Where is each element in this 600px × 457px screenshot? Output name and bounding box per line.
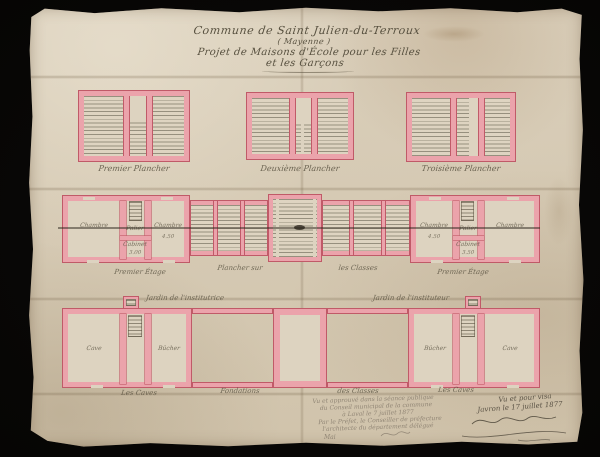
stairwell-opening	[130, 96, 146, 122]
room-label-bucher: Bûcher	[158, 345, 181, 352]
window-opening	[83, 197, 95, 200]
interior-wall	[453, 236, 484, 240]
window-opening	[163, 260, 175, 263]
staircase	[461, 315, 475, 337]
room-label-cave: Cave	[86, 345, 102, 352]
fold-line	[28, 75, 584, 79]
center-pavilion-foundation	[273, 308, 327, 388]
floor-label: Premier Étage	[114, 268, 166, 276]
title-line-4: et les Garçons	[265, 58, 344, 69]
dimension: 3.50	[462, 250, 475, 256]
plan-label: Troisième Plancher	[421, 164, 501, 173]
title-underline	[262, 69, 354, 73]
foundation-label: Fondations	[220, 387, 260, 395]
dimension: 3.00	[129, 250, 142, 256]
plan-deuxieme-plancher	[246, 92, 354, 160]
beam	[450, 98, 457, 156]
window-opening	[431, 260, 443, 263]
interior-wall	[478, 201, 484, 259]
paper-stain	[544, 176, 574, 246]
room-label-bucher: Bûcher	[424, 345, 447, 352]
title-line-3: Projet de Maisons d'École pour les Fille…	[197, 47, 422, 58]
ink-smudge	[423, 26, 485, 42]
floor-label: Premier Étage	[437, 268, 489, 276]
foundation-label: des Classes	[337, 387, 379, 395]
room-label-cabinet: Cabinet	[123, 241, 148, 248]
approval-signature-flourish	[378, 426, 412, 442]
staircase	[128, 315, 142, 337]
photo-background: Commune de Saint Julien-du-Terroux ( May…	[0, 0, 600, 457]
fold-line	[28, 187, 584, 191]
interior-wall	[145, 201, 151, 259]
door-opening	[163, 385, 175, 388]
exterior-stair	[465, 296, 481, 309]
window-opening	[87, 260, 99, 263]
door-opening	[507, 385, 519, 388]
cellar-right-pavilion: Bûcher Cave	[408, 308, 540, 388]
fold-line	[28, 297, 584, 301]
first-floor-right-pavilion: Chambre Palier Chambre Cabinet 4.50 3.50	[410, 195, 540, 263]
plan-premier-plancher	[78, 90, 190, 162]
cellar-label: Les Caves	[121, 389, 158, 397]
title-line-1: Commune de Saint Julien-du-Terroux	[193, 24, 421, 37]
interior-wall	[453, 314, 459, 384]
beam	[311, 98, 318, 154]
interior-wall	[145, 314, 151, 384]
stairwell-opening	[469, 98, 478, 156]
door-opening	[91, 385, 103, 388]
dimension: 4.50	[428, 234, 441, 240]
beam	[123, 96, 130, 156]
plan-label: Deuxième Plancher	[260, 164, 340, 173]
plan-troisieme-plancher	[406, 92, 516, 162]
beam	[478, 98, 485, 156]
approval-note-footer: Mai	[324, 434, 336, 441]
window-opening	[509, 260, 521, 263]
cellar-label: Les Caves	[438, 386, 475, 394]
floor-label: les Classes	[338, 264, 378, 272]
staircase	[129, 201, 142, 221]
plan-sheet: Commune de Saint Julien-du-Terroux ( May…	[28, 6, 584, 448]
interior-wall	[120, 314, 126, 384]
room-label-cave: Cave	[502, 345, 518, 352]
garden-label-right: Jardin de l'instituteur	[372, 294, 449, 302]
window-opening	[507, 197, 519, 200]
chimney-void	[301, 122, 304, 152]
ink-blot	[294, 225, 305, 230]
floor-label: Plancher sur	[217, 264, 263, 272]
foundation-wall	[192, 308, 273, 314]
garden-label-left: Jardin de l'institutrice	[146, 294, 225, 302]
interior-wall	[478, 314, 484, 384]
first-floor-left-pavilion: Chambre Palier Chambre Cabinet 4.50 3.00	[62, 195, 190, 263]
window-opening	[429, 197, 441, 200]
stairwell-opening	[296, 98, 311, 122]
floor-area	[280, 315, 320, 381]
cellar-left-pavilion: Cave Bûcher	[62, 308, 192, 388]
foundation-wall	[327, 308, 408, 314]
exterior-stair	[123, 296, 139, 309]
plan-label: Premier Plancher	[98, 164, 170, 173]
stair-steps	[126, 299, 136, 306]
beam	[146, 96, 153, 156]
title-line-2: ( Mayenne )	[277, 37, 331, 46]
room-label-cabinet: Cabinet	[456, 241, 481, 248]
joist-hatching	[412, 98, 510, 156]
stair-steps	[468, 299, 478, 306]
window-opening	[161, 197, 173, 200]
staircase	[461, 201, 474, 221]
signature-flourish	[458, 410, 570, 444]
beam	[289, 98, 296, 154]
dimension: 4.50	[162, 234, 175, 240]
interior-wall	[120, 236, 151, 240]
